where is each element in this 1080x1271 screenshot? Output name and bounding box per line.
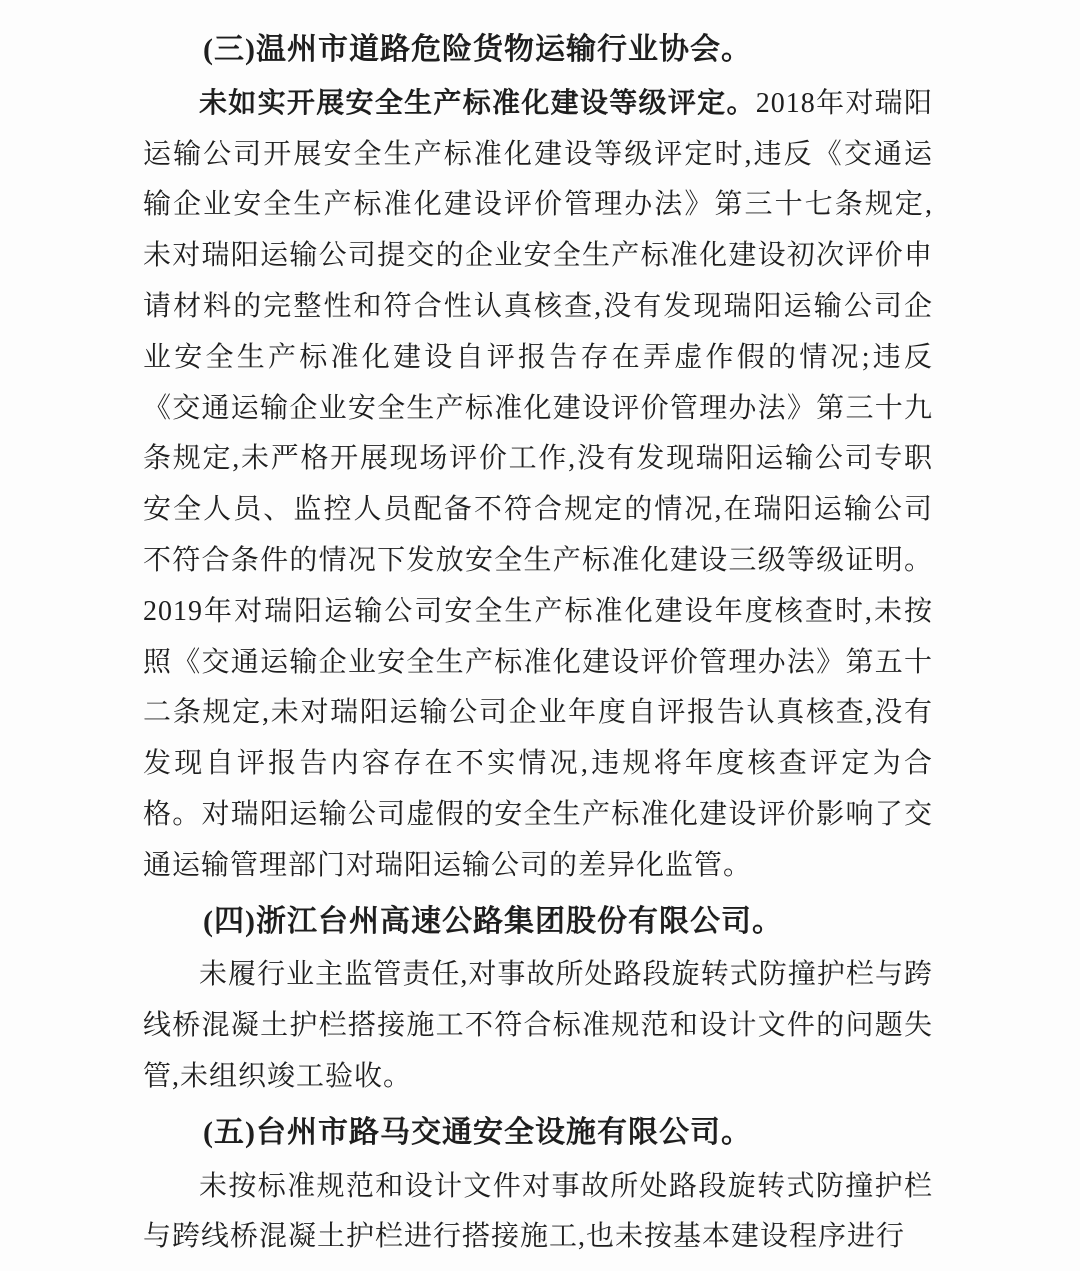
section-heading-wenzhou-dangerous-goods-association: (三)温州市道路危险货物运输行业协会。 <box>143 25 933 76</box>
section-heading-taizhou-luma-traffic-safety: (五)台州市路马交通安全设施有限公司。 <box>143 1108 933 1159</box>
violation-detail-text: 未按标准规范和设计文件对事故所处路段旋转式防撞护栏与跨线桥混凝土护栏进行搭接施工… <box>143 1171 933 1253</box>
violation-detail-text: 2018年对瑞阳运输公司开展安全生产标准化建设等级评定时,违反《交通运输企业安全… <box>143 88 933 881</box>
violation-summary-bold: 未如实开展安全生产标准化建设等级评定。 <box>199 88 756 119</box>
violation-detail-text: 未履行业主监管责任,对事故所处路段旋转式防撞护栏与跨线桥混凝土护栏搭接施工不符合… <box>143 959 933 1092</box>
section-heading-taizhou-expressway-group: (四)浙江台州高速公路集团股份有限公司。 <box>143 897 933 948</box>
document-page: (三)温州市道路危险货物运输行业协会。 未如实开展安全生产标准化建设等级评定。2… <box>0 0 1080 1271</box>
paragraph-taizhou-luma-violations: 未按标准规范和设计文件对事故所处路段旋转式防撞护栏与跨线桥混凝土护栏进行搭接施工… <box>143 1162 933 1264</box>
paragraph-taizhou-expressway-violations: 未履行业主监管责任,对事故所处路段旋转式防撞护栏与跨线桥混凝土护栏搭接施工不符合… <box>143 950 933 1102</box>
paragraph-wenzhou-association-violations: 未如实开展安全生产标准化建设等级评定。2018年对瑞阳运输公司开展安全生产标准化… <box>143 79 933 892</box>
document-body: (三)温州市道路危险货物运输行业协会。 未如实开展安全生产标准化建设等级评定。2… <box>143 25 933 1263</box>
